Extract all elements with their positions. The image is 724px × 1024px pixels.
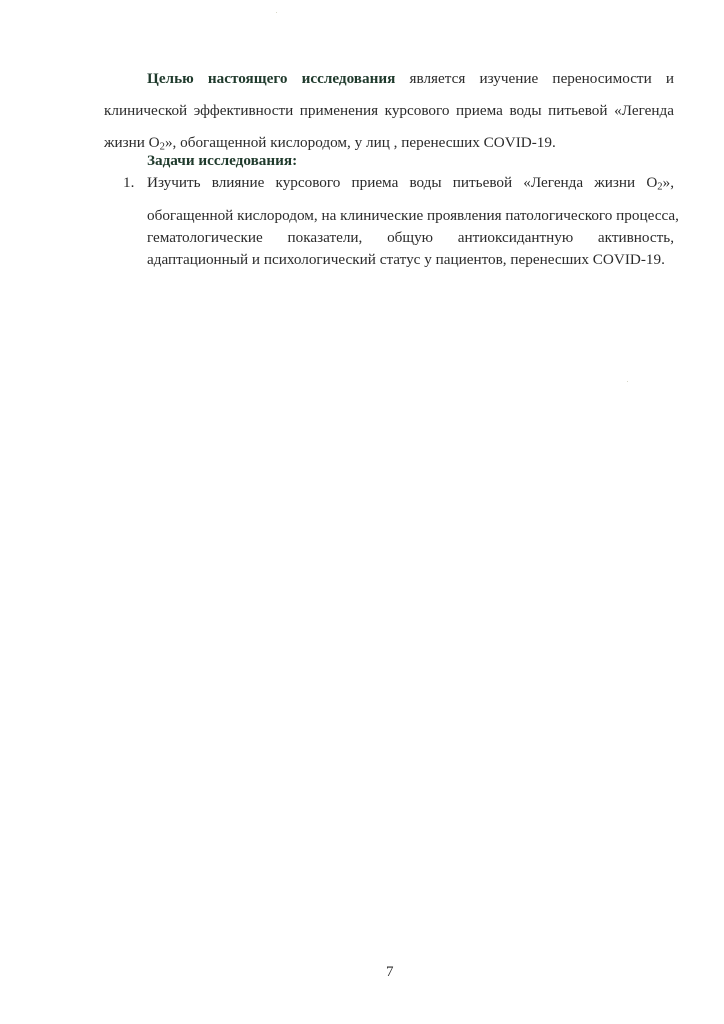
scan-speck <box>276 12 277 13</box>
goal-bold-lead: Целью настоящего исследования <box>147 70 395 87</box>
goal-paragraph-line-3: жизни O2», обогащенной кислородом, у лиц… <box>104 134 556 152</box>
page-number: 7 <box>386 964 394 981</box>
task-number: 1. <box>123 174 134 192</box>
document-page: Целью настоящего исследования является и… <box>0 0 724 1024</box>
task-line-4: адаптационный и психологический статус у… <box>147 251 665 269</box>
goal-paragraph-line-2: клинической эффективности применения кур… <box>104 102 674 120</box>
task-line-3: гематологические показатели, общую антио… <box>147 229 674 247</box>
scan-speck <box>627 381 628 382</box>
goal-paragraph-line-1: Целью настоящего исследования является и… <box>147 70 674 88</box>
task-line-2: обогащенной кислородом, на клинические п… <box>147 207 674 225</box>
tasks-heading: Задачи исследования: <box>147 152 297 170</box>
task-line-1: Изучить влияние курсового приема воды пи… <box>147 174 674 192</box>
